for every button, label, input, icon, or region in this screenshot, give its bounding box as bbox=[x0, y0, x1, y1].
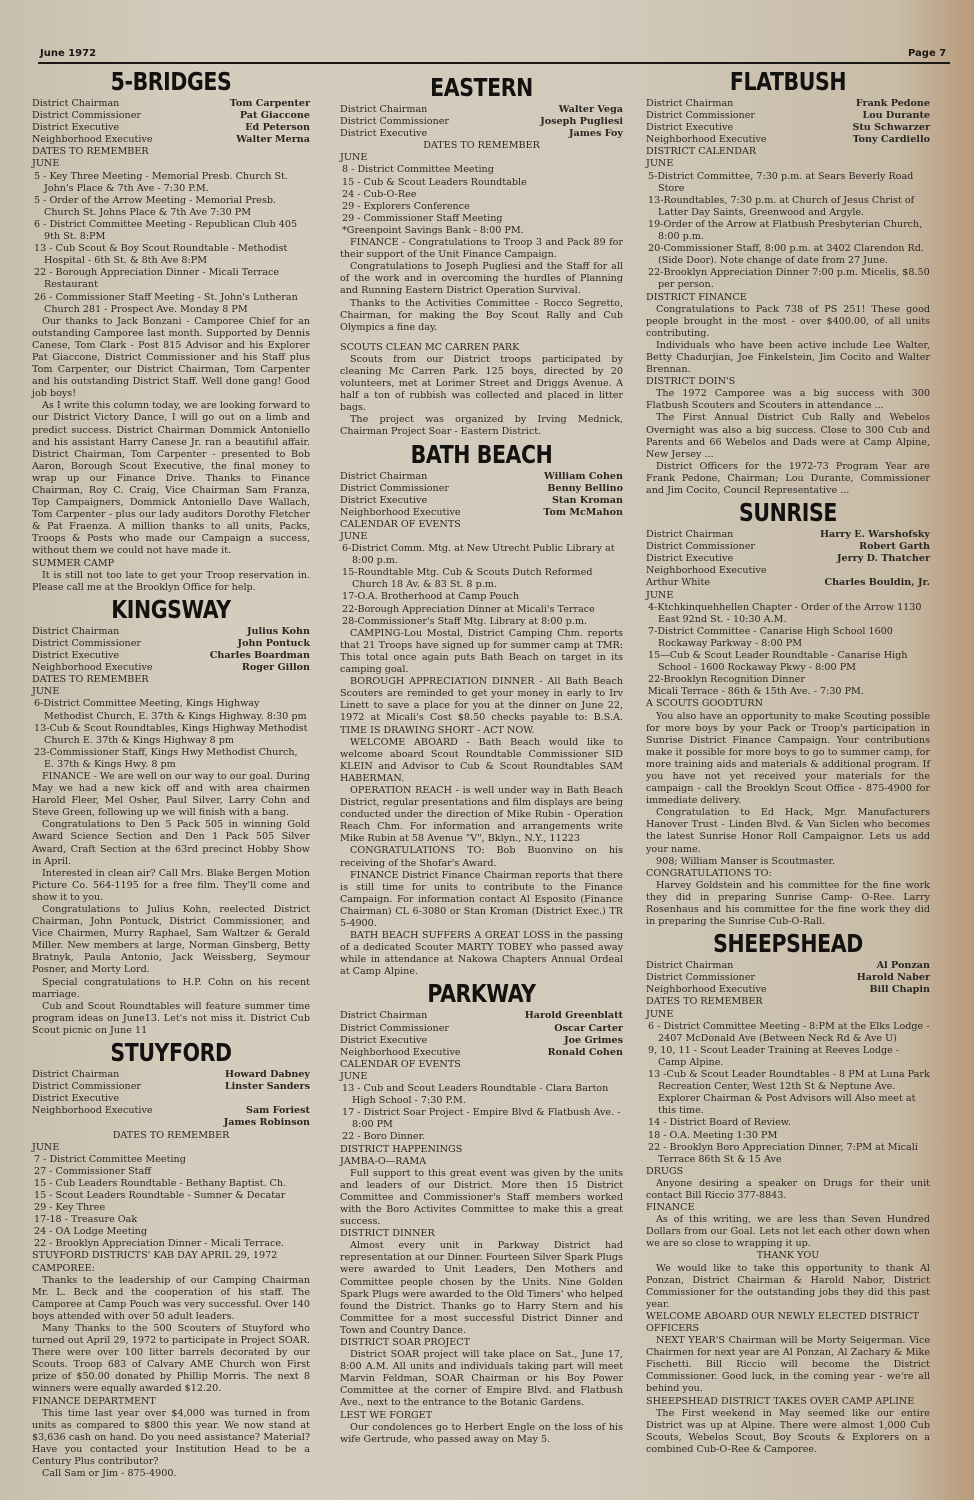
officer-name: Stu Schwarzer bbox=[852, 122, 930, 134]
officer-row: District ChairmanFrank Pedone bbox=[646, 98, 930, 110]
officer-name: Pat Giaccone bbox=[240, 110, 310, 122]
officer-name: Ed Peterson bbox=[245, 122, 310, 134]
officer-name: Walter Vega bbox=[559, 104, 623, 116]
paragraph: The First Annual District Cub Rally and … bbox=[646, 412, 930, 460]
paragraph: NEXT YEAR'S Chairman will be Morty Seige… bbox=[646, 1335, 930, 1395]
subheading: SHEEPSHEAD DISTRICT TAKES OVER CAMP APLI… bbox=[646, 1396, 930, 1408]
subheading: CALENDAR OF EVENTS bbox=[340, 519, 623, 531]
officer-name: Tom Carpenter bbox=[230, 98, 310, 110]
officer-name: Charles Boardman bbox=[210, 650, 310, 662]
event-item: 24 - Cub-O-Ree bbox=[340, 189, 623, 201]
officer-title: District Commissioner bbox=[32, 110, 141, 122]
officer-title: District Chairman bbox=[646, 98, 733, 110]
officer-title: District Executive bbox=[340, 1035, 427, 1047]
paragraph: Special congratulations to H.P. Cohn on … bbox=[32, 977, 310, 1001]
event-item: 6 - District Committee Meeting - Republi… bbox=[32, 219, 310, 243]
officer-title: Neighborhood Executive bbox=[646, 565, 767, 577]
paragraph: Scouts from our District troops particip… bbox=[340, 354, 623, 414]
event-item: 29 - Explorers Conference bbox=[340, 201, 623, 213]
event-item: *Greenpoint Savings Bank - 8:00 PM. bbox=[340, 225, 623, 237]
paragraph: The 1972 Camporee was a big success with… bbox=[646, 388, 930, 412]
month-label: JUNE bbox=[646, 590, 930, 602]
month-label: JUNE bbox=[646, 158, 930, 170]
event-item: 20-Commissioner Staff, 8:00 p.m. at 3402… bbox=[646, 243, 930, 267]
officer-row: Neighborhood ExecutiveSam Foriest bbox=[32, 1105, 310, 1117]
spacer bbox=[340, 334, 623, 342]
subheading: DATES TO REMEMBER bbox=[646, 996, 930, 1008]
officer-name: Walter Merna bbox=[236, 134, 310, 146]
officer-name: Frank Pedone bbox=[856, 98, 930, 110]
section-heading: KINGSWAY bbox=[57, 596, 285, 624]
paragraph: Thanks to the leadership of our Camping … bbox=[32, 1275, 310, 1323]
event-item: 4-Ktchkinquehhellen Chapter - Order of t… bbox=[646, 602, 930, 626]
section-heading: FLATBUSH bbox=[672, 68, 905, 96]
paragraph: Our condolences go to Herbert Engle on t… bbox=[340, 1422, 623, 1446]
event-item: 7-District Committee - Canarise High Sch… bbox=[646, 626, 930, 650]
event-item: 24 - OA Lodge Meeting bbox=[32, 1226, 310, 1238]
event-item: 15 - Cub & Scout Leaders Roundtable bbox=[340, 177, 623, 189]
event-item: 13 - Cub and Scout Leaders Roundtable - … bbox=[340, 1083, 623, 1107]
subheading: DATES TO REMEMBER bbox=[32, 1130, 310, 1142]
officer-row: District ChairmanAl Ponzan bbox=[646, 960, 930, 972]
officer-name: Tony Cardiello bbox=[853, 134, 930, 146]
subheading: DRUGS bbox=[646, 1166, 930, 1178]
officer-title: District Executive bbox=[340, 495, 427, 507]
officer-title: District Chairman bbox=[340, 104, 427, 116]
event-item: 17 - District Soar Project - Empire Blvd… bbox=[340, 1107, 623, 1131]
officer-title: District Chairman bbox=[32, 98, 119, 110]
officer-row: District CommissionerPat Giaccone bbox=[32, 110, 310, 122]
officer-row: District Executive bbox=[32, 1093, 310, 1105]
event-item: 22 - Brooklyn Boro Appreciation Dinner, … bbox=[646, 1142, 930, 1166]
officer-title: District Executive bbox=[646, 122, 733, 134]
event-item: 13 - Cub Scout & Boy Scout Roundtable - … bbox=[32, 243, 310, 267]
event-item: 7 - District Committee Meeting bbox=[32, 1154, 310, 1166]
section-stuyford: STUYFORDDistrict ChairmanHoward DabneyDi… bbox=[32, 1039, 310, 1480]
event-item: 17-O.A. Brotherhood at Camp Pouch bbox=[340, 591, 623, 603]
subheading: WELCOME ABOARD OUR NEWLY ELECTED DISTRIC… bbox=[646, 1311, 930, 1335]
event-item: 15 - Cub Leaders Roundtable - Bethany Ba… bbox=[32, 1178, 310, 1190]
event-item: 5 - Key Three Meeting - Memorial Presb. … bbox=[32, 171, 310, 195]
section-bath: BATH BEACHDistrict ChairmanWilliam Cohen… bbox=[340, 441, 623, 979]
officer-name: Joe Grimes bbox=[564, 1035, 623, 1047]
subheading: A SCOUTS GOODTURN bbox=[646, 698, 930, 710]
officer-row: James Robinson bbox=[32, 1117, 310, 1129]
officer-title: Neighborhood Executive bbox=[340, 1047, 461, 1059]
event-item: Micali Terrace - 86th & 15th Ave. - 7:30… bbox=[646, 686, 930, 698]
event-item: 22 - Boro Dinner. bbox=[340, 1131, 623, 1143]
officer-row: District ExecutiveJames Foy bbox=[340, 128, 623, 140]
section-heading: 5-BRIDGES bbox=[57, 68, 285, 96]
paragraph: As I write this column today, we are loo… bbox=[32, 400, 310, 557]
officer-title: District Commissioner bbox=[646, 972, 755, 984]
subheading: CALENDAR OF EVENTS bbox=[340, 1059, 623, 1071]
officer-title: District Executive bbox=[32, 1093, 119, 1105]
event-item: 29 - Commissioner Staff Meeting bbox=[340, 213, 623, 225]
paragraph: FINANCE District Finance Chairman report… bbox=[340, 870, 623, 930]
officer-row: District ChairmanWilliam Cohen bbox=[340, 471, 623, 483]
paragraph: You also have an opportunity to make Sco… bbox=[646, 711, 930, 808]
paragraph: Congratulation to Ed Hack, Mgr. Manufact… bbox=[646, 807, 930, 855]
officer-name: Howard Dabney bbox=[225, 1069, 310, 1081]
paragraph: District SOAR project will take place on… bbox=[340, 1349, 623, 1409]
subheading: SCOUTS CLEAN MC CARREN PARK bbox=[340, 342, 623, 354]
event-item: 29 - Key Three bbox=[32, 1202, 310, 1214]
paragraph: BATH BEACH SUFFERS A GREAT LOSS in the p… bbox=[340, 930, 623, 978]
officer-row: Neighborhood ExecutiveBill Chapin bbox=[646, 984, 930, 996]
officer-title: District Executive bbox=[646, 553, 733, 565]
event-item: 6-District Comm. Mtg. at New Utrecht Pub… bbox=[340, 543, 623, 567]
officer-row: District ChairmanHoward Dabney bbox=[32, 1069, 310, 1081]
event-item: 23-Commissioner Staff, Kings Hwy Methodi… bbox=[32, 747, 310, 771]
event-item: 14 - District Board of Review. bbox=[646, 1117, 930, 1129]
section-heading: EASTERN bbox=[365, 74, 597, 102]
officer-title: District Executive bbox=[32, 650, 119, 662]
officer-name: Bill Chapin bbox=[869, 984, 930, 996]
officer-row: District ChairmanWalter Vega bbox=[340, 104, 623, 116]
officer-row: District CommissionerJohn Pontuck bbox=[32, 638, 310, 650]
month-label: JUNE bbox=[32, 1142, 310, 1154]
officer-row: District CommissionerRobert Garth bbox=[646, 541, 930, 553]
page-number: Page 7 bbox=[908, 48, 946, 59]
officer-title: District Commissioner bbox=[340, 116, 449, 128]
paragraph: It is still not too late to get your Tro… bbox=[32, 570, 310, 594]
month-label: JUNE bbox=[646, 1009, 930, 1021]
subheading: DISTRICT SOAR PROJECT bbox=[340, 1337, 623, 1349]
paragraph: Congratulations to Julius Kohn, reelecte… bbox=[32, 904, 310, 977]
subheading: DATES TO REMEMBER bbox=[32, 146, 310, 158]
officer-name: William Cohen bbox=[544, 471, 623, 483]
issue-date: June 1972 bbox=[40, 48, 96, 59]
officer-row: Neighborhood ExecutiveWalter Merna bbox=[32, 134, 310, 146]
officer-title: District Commissioner bbox=[340, 483, 449, 495]
officer-title: District Chairman bbox=[646, 529, 733, 541]
paragraph: Congratulations to Pack 738 of PS 251! T… bbox=[646, 304, 930, 340]
paragraph: The project was organized by Irving Medn… bbox=[340, 414, 623, 438]
paragraph: BOROUGH APPRECIATION DINNER - All Bath B… bbox=[340, 676, 623, 736]
officer-name: James Robinson bbox=[224, 1117, 310, 1129]
event-item: 19-Order of the Arrow at Flatbush Presby… bbox=[646, 219, 930, 243]
section-heading: BATH BEACH bbox=[365, 441, 597, 469]
paragraph: Harvey Goldstein and his committee for t… bbox=[646, 880, 930, 928]
month-label: JUNE bbox=[340, 152, 623, 164]
officer-title: District Commissioner bbox=[646, 110, 755, 122]
officer-title: District Commissioner bbox=[32, 1081, 141, 1093]
event-item: 27 - Commissioner Staff bbox=[32, 1166, 310, 1178]
officer-title: Neighborhood Executive bbox=[32, 1105, 153, 1117]
officer-title: Neighborhood Executive bbox=[340, 507, 461, 519]
officer-name: Tom McMahon bbox=[543, 507, 623, 519]
paragraph: Thanks to the Activities Committee - Roc… bbox=[340, 298, 623, 334]
officer-row: District CommissionerBenny Bellino bbox=[340, 483, 623, 495]
column-3: FLATBUSHDistrict ChairmanFrank PedoneDis… bbox=[646, 66, 930, 1456]
month-label: JUNE bbox=[32, 686, 310, 698]
event-item: 15 - Scout Leaders Roundtable - Sumner &… bbox=[32, 1190, 310, 1202]
officer-title: Neighborhood Executive bbox=[32, 134, 153, 146]
event-item: 15—Cub & Scout Leader Roundtable - Canar… bbox=[646, 650, 930, 674]
officer-title: District Executive bbox=[340, 128, 427, 140]
officer-name: James Foy bbox=[569, 128, 623, 140]
paragraph: The First weekend in May seemed like our… bbox=[646, 1408, 930, 1456]
month-label: JUNE bbox=[340, 1071, 623, 1083]
paragraph: FINANCE - We are well on our way to our … bbox=[32, 771, 310, 819]
officer-name: Ronald Cohen bbox=[548, 1047, 623, 1059]
officer-row: District ChairmanHarold Greenblatt bbox=[340, 1010, 623, 1022]
event-item: 6-District Committee Meeting, Kings High… bbox=[32, 698, 310, 722]
event-item: 22 - Brooklyn Appreciation Dinner - Mica… bbox=[32, 1238, 310, 1250]
header-rule bbox=[38, 62, 950, 64]
subheading: JAMBA-O—RAMA bbox=[340, 1156, 623, 1168]
paragraph: Individuals who have been active include… bbox=[646, 340, 930, 376]
paragraph: Anyone desiring a speaker on Drugs for t… bbox=[646, 1178, 930, 1202]
paragraph: Congratulations to Joseph Pugliesi and t… bbox=[340, 261, 623, 297]
paragraph: FINANCE - Congratulations to Troop 3 and… bbox=[340, 237, 623, 261]
event-item: 15-Roundtable Mtg. Cub & Scouts Dutch Re… bbox=[340, 567, 623, 591]
month-label: JUNE bbox=[32, 158, 310, 170]
officer-name: Harold Naber bbox=[857, 972, 930, 984]
officer-row: District CommissionerLou Durante bbox=[646, 110, 930, 122]
paragraph: OPERATION REACH - is well under way in B… bbox=[340, 785, 623, 845]
officer-name: Joseph Pugliesi bbox=[540, 116, 623, 128]
subheading: THANK YOU bbox=[646, 1250, 930, 1262]
event-item: 22-Brooklyn Appreciation Dinner 7:00 p.m… bbox=[646, 267, 930, 291]
officer-name: Benny Bellino bbox=[547, 483, 623, 495]
officer-name: John Pontuck bbox=[238, 638, 310, 650]
subheading: DISTRICT DINNER bbox=[340, 1228, 623, 1240]
paragraph: This time last year over $4,000 was turn… bbox=[32, 1408, 310, 1468]
officer-row: District ChairmanTom Carpenter bbox=[32, 98, 310, 110]
officer-row: Neighborhood Executive bbox=[646, 565, 930, 577]
officer-row: District ExecutiveJerry D. Thatcher bbox=[646, 553, 930, 565]
officer-name: Jerry D. Thatcher bbox=[837, 553, 930, 565]
event-item: 13-Roundtables, 7:30 p.m. at Church of J… bbox=[646, 195, 930, 219]
paragraph: Almost every unit in Parkway District ha… bbox=[340, 1240, 623, 1337]
event-item: 8 - District Committee Meeting bbox=[340, 164, 623, 176]
section-parkway: PARKWAYDistrict ChairmanHarold Greenblat… bbox=[340, 980, 623, 1445]
paragraph: WELCOME ABOARD - Bath Beach would like t… bbox=[340, 737, 623, 785]
paragraph: CAMPING-Lou Mostal, District Camping Chm… bbox=[340, 628, 623, 676]
officer-title: District Chairman bbox=[32, 1069, 119, 1081]
subheading: DATES TO REMEMBER bbox=[340, 140, 623, 152]
section-kingsway: KINGSWAYDistrict ChairmanJulius KohnDist… bbox=[32, 596, 310, 1037]
subheading: DISTRICT FINANCE bbox=[646, 292, 930, 304]
officer-name: Harold Greenblatt bbox=[525, 1010, 623, 1022]
section-heading: SHEEPSHEAD bbox=[672, 930, 905, 958]
officer-title: District Commissioner bbox=[32, 638, 141, 650]
paragraph: Call Sam or Jim - 875-4900. bbox=[32, 1468, 310, 1480]
paragraph: As of this writing, we are less than Sev… bbox=[646, 1214, 930, 1250]
officer-row: District CommissionerLinster Sanders bbox=[32, 1081, 310, 1093]
event-item: 22-Borough Appreciation Dinner at Micali… bbox=[340, 604, 623, 616]
officer-row: Neighborhood ExecutiveRonald Cohen bbox=[340, 1047, 623, 1059]
officer-row: District ExecutiveCharles Boardman bbox=[32, 650, 310, 662]
paragraph: 908; William Manser is Scoutmaster. bbox=[646, 856, 930, 868]
section-heading: PARKWAY bbox=[365, 980, 597, 1008]
officer-row: Arthur WhiteCharles Bouldin, Jr. bbox=[646, 577, 930, 589]
event-item: 22 - Borough Appreciation Dinner - Mical… bbox=[32, 267, 310, 291]
officer-row: Neighborhood ExecutiveTony Cardiello bbox=[646, 134, 930, 146]
officer-row: District ExecutiveJoe Grimes bbox=[340, 1035, 623, 1047]
officer-row: Neighborhood ExecutiveTom McMahon bbox=[340, 507, 623, 519]
subheading: STUYFORD DISTRICTS' KAB DAY APRIL 29, 19… bbox=[32, 1250, 310, 1262]
event-item: 6 - District Committee Meeting - 8:PM at… bbox=[646, 1021, 930, 1045]
event-item: 9, 10, 11 - Scout Leader Training at Ree… bbox=[646, 1045, 930, 1069]
officer-row: Neighborhood ExecutiveRoger Gillon bbox=[32, 662, 310, 674]
officer-row: District CommissionerHarold Naber bbox=[646, 972, 930, 984]
section-heading: STUYFORD bbox=[57, 1039, 285, 1067]
event-item: 28-Commissioner's Staff Mtg. Library at … bbox=[340, 616, 623, 628]
event-item: 5 - Order of the Arrow Meeting - Memoria… bbox=[32, 195, 310, 219]
officer-row: District ExecutiveStu Schwarzer bbox=[646, 122, 930, 134]
officer-name: Charles Bouldin, Jr. bbox=[824, 577, 930, 589]
column-2: EASTERNDistrict ChairmanWalter VegaDistr… bbox=[340, 72, 623, 1446]
subheading: FINANCE bbox=[646, 1202, 930, 1214]
section-sunrise: SUNRISEDistrict ChairmanHarry E. Warshof… bbox=[646, 499, 930, 928]
event-item: 13-Cub & Scout Roundtables, Kings Highwa… bbox=[32, 723, 310, 747]
officer-row: District ExecutiveStan Kroman bbox=[340, 495, 623, 507]
officer-name: Oscar Carter bbox=[554, 1023, 623, 1035]
subheading: DATES TO REMEMBER bbox=[32, 674, 310, 686]
officer-name: Stan Kroman bbox=[552, 495, 623, 507]
section-heading: SUNRISE bbox=[672, 499, 905, 527]
column-1: 5-BRIDGESDistrict ChairmanTom CarpenterD… bbox=[32, 66, 310, 1480]
subheading: DISTRICT HAPPENINGS bbox=[340, 1144, 623, 1156]
paragraph: Congratulations to Den 5 Pack 505 in win… bbox=[32, 819, 310, 867]
officer-name: Sam Foriest bbox=[246, 1105, 310, 1117]
section-bridges: 5-BRIDGESDistrict ChairmanTom CarpenterD… bbox=[32, 68, 310, 594]
officer-name: Linster Sanders bbox=[225, 1081, 310, 1093]
subheading: CONGRATULATIONS TO: bbox=[646, 868, 930, 880]
officer-title: Neighborhood Executive bbox=[32, 662, 153, 674]
paragraph: District Officers for the 1972-73 Progra… bbox=[646, 461, 930, 497]
officer-title: District Commissioner bbox=[646, 541, 755, 553]
event-item: 17-18 - Treasure Oak bbox=[32, 1214, 310, 1226]
officer-title: District Chairman bbox=[646, 960, 733, 972]
subheading: FINANCE DEPARTMENT bbox=[32, 1396, 310, 1408]
paragraph: CONGRATULATIONS TO: Bob Buonvino on his … bbox=[340, 845, 623, 869]
event-item: 13 -Cub & Scout Leader Roundtables - 8 P… bbox=[646, 1069, 930, 1117]
officer-title: District Chairman bbox=[340, 1010, 427, 1022]
officer-name: Julius Kohn bbox=[247, 626, 310, 638]
officer-name: Harry E. Warshofsky bbox=[820, 529, 930, 541]
officer-title: Neighborhood Executive bbox=[646, 984, 767, 996]
officer-row: District ExecutiveEd Peterson bbox=[32, 122, 310, 134]
officer-title: Neighborhood Executive bbox=[646, 134, 767, 146]
officer-row: District CommissionerJoseph Pugliesi bbox=[340, 116, 623, 128]
paragraph: Interested in clean air? Call Mrs. Blake… bbox=[32, 868, 310, 904]
section-flatbush: FLATBUSHDistrict ChairmanFrank PedoneDis… bbox=[646, 68, 930, 497]
paragraph: Many Thanks to the 500 Scouters of Stuyf… bbox=[32, 1323, 310, 1396]
officer-title: District Executive bbox=[32, 122, 119, 134]
event-item: 5-District Committee, 7:30 p.m. at Sears… bbox=[646, 171, 930, 195]
section-eastern: EASTERNDistrict ChairmanWalter VegaDistr… bbox=[340, 74, 623, 439]
subheading: DISTRICT DOIN'S bbox=[646, 376, 930, 388]
officer-name: Roger Gillon bbox=[242, 662, 310, 674]
subheading: CAMPOREE: bbox=[32, 1263, 310, 1275]
subheading: SUMMER CAMP bbox=[32, 558, 310, 570]
month-label: JUNE bbox=[340, 531, 623, 543]
officer-title: District Chairman bbox=[32, 626, 119, 638]
officer-title: District Commissioner bbox=[340, 1023, 449, 1035]
officer-title: Arthur White bbox=[646, 577, 710, 589]
officer-name: Lou Durante bbox=[862, 110, 930, 122]
paragraph: We would like to take this opportunity t… bbox=[646, 1263, 930, 1311]
event-item: 26 - Commissioner Staff Meeting - St. Jo… bbox=[32, 292, 310, 316]
subheading: DISTRICT CALENDAR bbox=[646, 146, 930, 158]
officer-row: District ChairmanJulius Kohn bbox=[32, 626, 310, 638]
paragraph: Full support to this great event was giv… bbox=[340, 1168, 623, 1228]
officer-name: Al Ponzan bbox=[877, 960, 930, 972]
event-item: 18 - O.A. Meeting 1:30 PM bbox=[646, 1130, 930, 1142]
officer-row: District CommissionerOscar Carter bbox=[340, 1023, 623, 1035]
officer-name: Robert Garth bbox=[859, 541, 930, 553]
subheading: LEST WE FORGET bbox=[340, 1410, 623, 1422]
section-sheepshead: SHEEPSHEADDistrict ChairmanAl PonzanDist… bbox=[646, 930, 930, 1456]
event-item: 22-Brooklyn Recognition Dinner bbox=[646, 674, 930, 686]
paragraph: Our thanks to Jack Bonzani - Camporee Ch… bbox=[32, 316, 310, 401]
paragraph: Cub and Scout Roundtables will feature s… bbox=[32, 1001, 310, 1037]
officer-row: District ChairmanHarry E. Warshofsky bbox=[646, 529, 930, 541]
officer-title: District Chairman bbox=[340, 471, 427, 483]
